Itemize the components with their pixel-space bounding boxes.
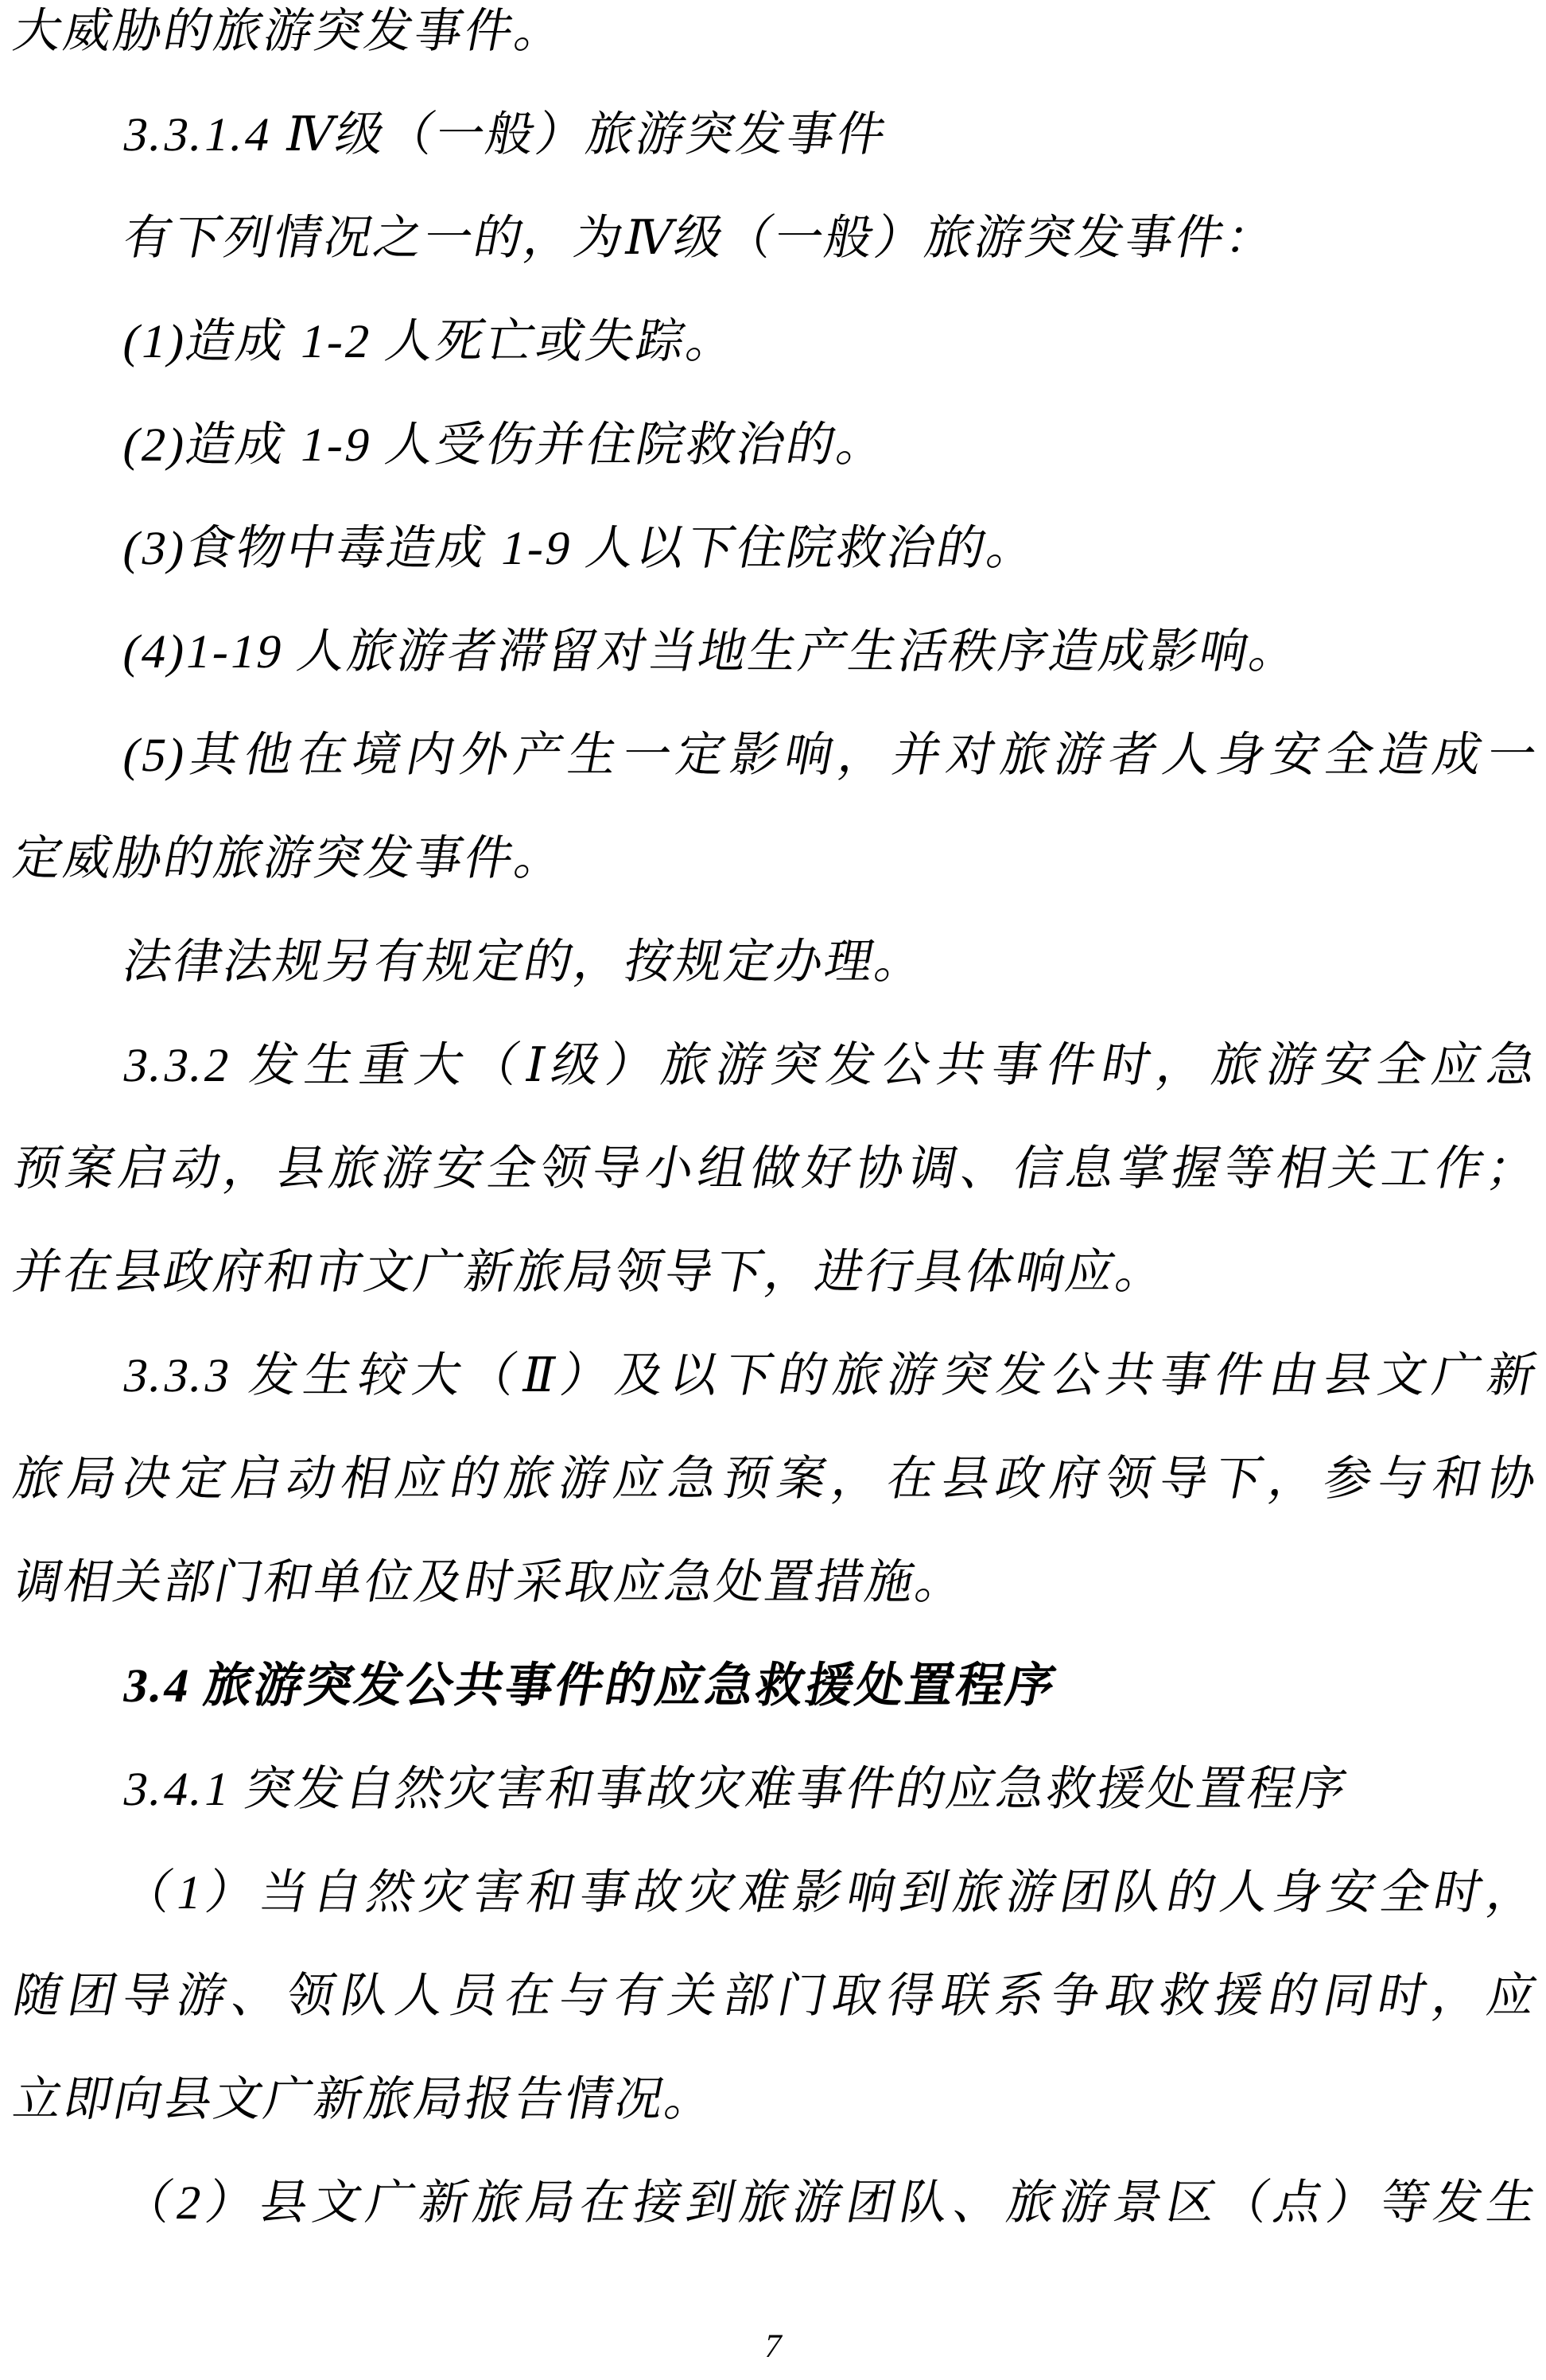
paragraph-3-3-2-line-3: 并在县政府和市文广新旅局领导下，进行具体响应。 [4, 1220, 1546, 1324]
heading-3-4: 3.4 旅游突发公共事件的应急救援处置程序 [4, 1634, 1546, 1737]
paragraph-continuation-line: 大威胁的旅游突发事件。 [4, 0, 1546, 83]
page-number: 7 [0, 2329, 1546, 2364]
paragraph-rescue-1-line-3: 立即向县文广新旅局报告情况。 [4, 2047, 1546, 2151]
paragraph-law-note: 法律法规另有规定的，按规定办理。 [4, 910, 1546, 1013]
paragraph-3-3-2-line-1: 3.3.2 发生重大（Ⅰ级）旅游突发公共事件时，旅游安全应急 [4, 1013, 1546, 1117]
paragraph-rescue-1-line-1: （1）当自然灾害和事故灾难影响到旅游团队的人身安全时， [4, 1841, 1546, 1944]
paragraph-3-3-3-line-3: 调相关部门和单位及时采取应急处置措施。 [4, 1530, 1546, 1634]
text-block: 大威胁的旅游突发事件。 3.3.1.4 Ⅳ级（一般）旅游突发事件 有下列情况之一… [11, 0, 1535, 2254]
list-item-5-line-2: 定威胁的旅游突发事件。 [4, 807, 1546, 910]
list-item-1: (1)造成 1-2 人死亡或失踪。 [4, 290, 1546, 393]
list-item-4: (4)1-19 人旅游者滞留对当地生产生活秩序造成影响。 [4, 600, 1546, 703]
paragraph-intro-line: 有下列情况之一的，为Ⅳ级（一般）旅游突发事件： [4, 186, 1546, 290]
paragraph-rescue-1-line-2: 随团导游、领队人员在与有关部门取得联系争取救援的同时，应 [4, 1944, 1546, 2047]
paragraph-3-3-2-line-2: 预案启动，县旅游安全领导小组做好协调、信息掌握等相关工作； [4, 1117, 1546, 1220]
paragraph-rescue-2-line-1: （2）县文广新旅局在接到旅游团队、旅游景区（点）等发生 [4, 2151, 1546, 2254]
paragraph-3-3-3-line-1: 3.3.3 发生较大（Ⅱ）及以下的旅游突发公共事件由县文广新 [4, 1324, 1546, 1427]
list-item-2: (2)造成 1-9 人受伤并住院救治的。 [4, 393, 1546, 496]
list-item-5-line-1: (5)其他在境内外产生一定影响，并对旅游者人身安全造成一 [4, 703, 1546, 807]
heading-3-3-1-4: 3.3.1.4 Ⅳ级（一般）旅游突发事件 [4, 83, 1546, 186]
paragraph-3-3-3-line-2: 旅局决定启动相应的旅游应急预案，在县政府领导下，参与和协 [4, 1427, 1546, 1530]
heading-3-4-1: 3.4.1 突发自然灾害和事故灾难事件的应急救援处置程序 [4, 1737, 1546, 1841]
document-page: 大威胁的旅游突发事件。 3.3.1.4 Ⅳ级（一般）旅游突发事件 有下列情况之一… [0, 0, 1546, 2380]
list-item-3: (3)食物中毒造成 1-9 人以下住院救治的。 [4, 496, 1546, 600]
